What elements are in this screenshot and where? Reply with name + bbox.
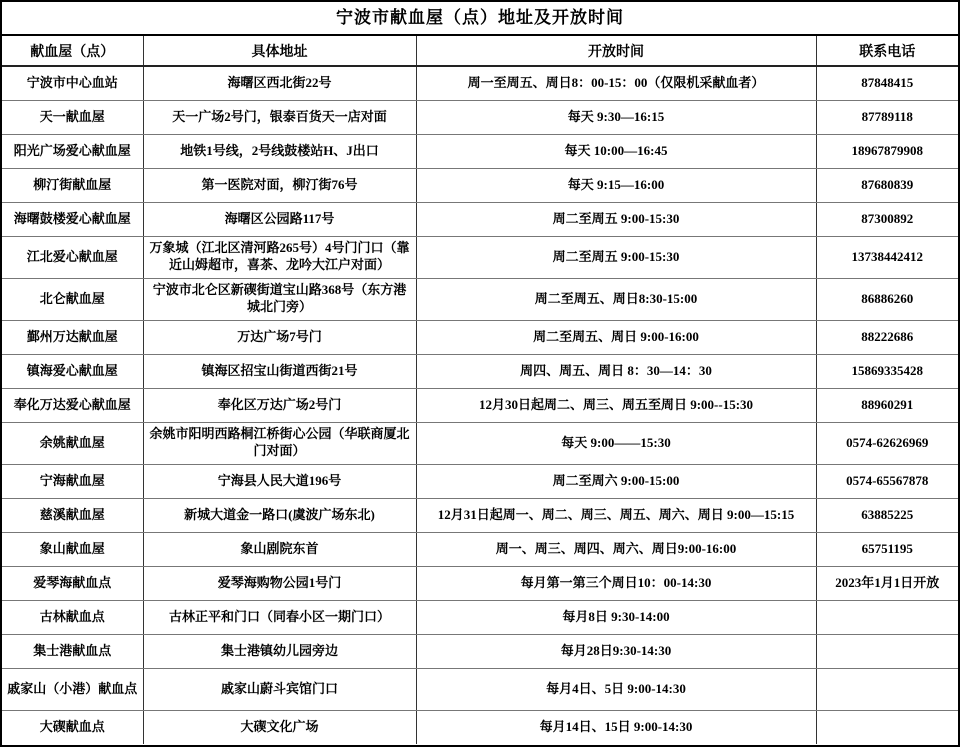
location-cell: 宁波市中心血站 [2, 66, 143, 100]
phone-cell: 63885225 [816, 498, 958, 532]
phone-cell: 87300892 [816, 202, 958, 236]
hours-cell: 每天 9:00——15:30 [416, 422, 816, 464]
location-cell: 阳光广场爱心献血屋 [2, 134, 143, 168]
hours-cell: 每月第一第三个周日10：00-14:30 [416, 566, 816, 600]
table-row: 北仑献血屋宁波市北仑区新碶街道宝山路368号（东方港城北门旁）周二至周五、周日8… [2, 278, 958, 320]
location-cell: 宁海献血屋 [2, 464, 143, 498]
location-cell: 慈溪献血屋 [2, 498, 143, 532]
phone-cell [816, 710, 958, 744]
phone-cell: 15869335428 [816, 354, 958, 388]
address-cell: 戚家山蔚斗宾馆门口 [143, 668, 416, 710]
table-row: 象山献血屋象山剧院东首周一、周三、周四、周六、周日9:00-16:0065751… [2, 532, 958, 566]
address-cell: 万达广场7号门 [143, 320, 416, 354]
hours-cell: 周二至周五 9:00-15:30 [416, 236, 816, 278]
phone-cell: 2023年1月1日开放 [816, 566, 958, 600]
hours-cell: 每月28日9:30-14:30 [416, 634, 816, 668]
hours-cell: 每月14日、15日 9:00-14:30 [416, 710, 816, 744]
address-cell: 集士港镇幼儿园旁边 [143, 634, 416, 668]
location-cell: 鄞州万达献血屋 [2, 320, 143, 354]
location-cell: 天一献血屋 [2, 100, 143, 134]
address-cell: 奉化区万达广场2号门 [143, 388, 416, 422]
location-cell: 集士港献血点 [2, 634, 143, 668]
address-cell: 古林正平和门口（同春小区一期门口） [143, 600, 416, 634]
address-cell: 天一广场2号门，银泰百货天一店对面 [143, 100, 416, 134]
address-cell: 第一医院对面，柳汀街76号 [143, 168, 416, 202]
location-cell: 余姚献血屋 [2, 422, 143, 464]
hours-cell: 周二至周五、周日 9:00-16:00 [416, 320, 816, 354]
hours-cell: 每天 10:00—16:45 [416, 134, 816, 168]
hours-cell: 每天 9:15—16:00 [416, 168, 816, 202]
location-cell: 戚家山（小港）献血点 [2, 668, 143, 710]
table-row: 大碶献血点大碶文化广场每月14日、15日 9:00-14:30 [2, 710, 958, 744]
hours-cell: 周二至周五 9:00-15:30 [416, 202, 816, 236]
phone-cell: 86886260 [816, 278, 958, 320]
location-cell: 爱琴海献血点 [2, 566, 143, 600]
table-row: 阳光广场爱心献血屋地铁1号线，2号线鼓楼站H、J出口每天 10:00—16:45… [2, 134, 958, 168]
address-cell: 新城大道金一路口(虞波广场东北) [143, 498, 416, 532]
hours-cell: 12月31日起周一、周二、周三、周五、周六、周日 9:00—15:15 [416, 498, 816, 532]
phone-cell: 13738442412 [816, 236, 958, 278]
col-header-address: 具体地址 [143, 36, 416, 66]
address-cell: 余姚市阳明西路桐江桥街心公园（华联商厦北门对面） [143, 422, 416, 464]
phone-cell: 88222686 [816, 320, 958, 354]
table-row: 鄞州万达献血屋万达广场7号门周二至周五、周日 9:00-16:008822268… [2, 320, 958, 354]
hours-cell: 周一至周五、周日8：00-15：00（仅限机采献血者） [416, 66, 816, 100]
hours-cell: 周四、周五、周日 8：30—14：30 [416, 354, 816, 388]
table-row: 慈溪献血屋新城大道金一路口(虞波广场东北)12月31日起周一、周二、周三、周五、… [2, 498, 958, 532]
table-row: 余姚献血屋余姚市阳明西路桐江桥街心公园（华联商厦北门对面）每天 9:00——15… [2, 422, 958, 464]
location-cell: 海曙鼓楼爱心献血屋 [2, 202, 143, 236]
table-row: 集士港献血点集士港镇幼儿园旁边每月28日9:30-14:30 [2, 634, 958, 668]
address-cell: 地铁1号线，2号线鼓楼站H、J出口 [143, 134, 416, 168]
phone-cell: 88960291 [816, 388, 958, 422]
location-cell: 奉化万达爱心献血屋 [2, 388, 143, 422]
table-row: 爱琴海献血点爱琴海购物公园1号门每月第一第三个周日10：00-14:302023… [2, 566, 958, 600]
table-row: 戚家山（小港）献血点戚家山蔚斗宾馆门口每月4日、5日 9:00-14:30 [2, 668, 958, 710]
address-cell: 爱琴海购物公园1号门 [143, 566, 416, 600]
address-cell: 海曙区西北街22号 [143, 66, 416, 100]
col-header-hours: 开放时间 [416, 36, 816, 66]
header-row: 献血屋（点） 具体地址 开放时间 联系电话 [2, 36, 958, 66]
col-header-location: 献血屋（点） [2, 36, 143, 66]
hours-cell: 每月8日 9:30-14:00 [416, 600, 816, 634]
phone-cell [816, 634, 958, 668]
donation-locations-table: 献血屋（点） 具体地址 开放时间 联系电话 宁波市中心血站海曙区西北街22号周一… [2, 36, 958, 744]
phone-cell: 87789118 [816, 100, 958, 134]
location-cell: 镇海爱心献血屋 [2, 354, 143, 388]
table-row: 古林献血点古林正平和门口（同春小区一期门口）每月8日 9:30-14:00 [2, 600, 958, 634]
phone-cell: 18967879908 [816, 134, 958, 168]
location-cell: 柳汀街献血屋 [2, 168, 143, 202]
location-cell: 大碶献血点 [2, 710, 143, 744]
location-cell: 北仑献血屋 [2, 278, 143, 320]
table-row: 镇海爱心献血屋镇海区招宝山街道西街21号周四、周五、周日 8：30—14：301… [2, 354, 958, 388]
phone-cell [816, 600, 958, 634]
table-row: 奉化万达爱心献血屋奉化区万达广场2号门12月30日起周二、周三、周五至周日 9:… [2, 388, 958, 422]
phone-cell [816, 668, 958, 710]
table-row: 海曙鼓楼爱心献血屋海曙区公园路117号周二至周五 9:00-15:3087300… [2, 202, 958, 236]
phone-cell: 87680839 [816, 168, 958, 202]
phone-cell: 87848415 [816, 66, 958, 100]
phone-cell: 0574-65567878 [816, 464, 958, 498]
hours-cell: 每月4日、5日 9:00-14:30 [416, 668, 816, 710]
location-cell: 古林献血点 [2, 600, 143, 634]
hours-cell: 周一、周三、周四、周六、周日9:00-16:00 [416, 532, 816, 566]
address-cell: 宁波市北仑区新碶街道宝山路368号（东方港城北门旁） [143, 278, 416, 320]
address-cell: 海曙区公园路117号 [143, 202, 416, 236]
page-title: 宁波市献血屋（点）地址及开放时间 [2, 2, 958, 36]
table-row: 柳汀街献血屋第一医院对面，柳汀街76号每天 9:15—16:0087680839 [2, 168, 958, 202]
donation-locations-sheet: 宁波市献血屋（点）地址及开放时间 献血屋（点） 具体地址 开放时间 联系电话 宁… [0, 0, 960, 747]
hours-cell: 12月30日起周二、周三、周五至周日 9:00--15:30 [416, 388, 816, 422]
table-row: 宁波市中心血站海曙区西北街22号周一至周五、周日8：00-15：00（仅限机采献… [2, 66, 958, 100]
address-cell: 大碶文化广场 [143, 710, 416, 744]
address-cell: 镇海区招宝山街道西街21号 [143, 354, 416, 388]
phone-cell: 65751195 [816, 532, 958, 566]
phone-cell: 0574-62626969 [816, 422, 958, 464]
hours-cell: 每天 9:30—16:15 [416, 100, 816, 134]
hours-cell: 周二至周六 9:00-15:00 [416, 464, 816, 498]
location-cell: 江北爱心献血屋 [2, 236, 143, 278]
table-row: 宁海献血屋宁海县人民大道196号周二至周六 9:00-15:000574-655… [2, 464, 958, 498]
address-cell: 宁海县人民大道196号 [143, 464, 416, 498]
address-cell: 象山剧院东首 [143, 532, 416, 566]
table-row: 天一献血屋天一广场2号门，银泰百货天一店对面每天 9:30—16:1587789… [2, 100, 958, 134]
col-header-phone: 联系电话 [816, 36, 958, 66]
hours-cell: 周二至周五、周日8:30-15:00 [416, 278, 816, 320]
location-cell: 象山献血屋 [2, 532, 143, 566]
address-cell: 万象城（江北区清河路265号）4号门门口（靠近山姆超市，喜茶、龙吟大江户对面） [143, 236, 416, 278]
table-row: 江北爱心献血屋万象城（江北区清河路265号）4号门门口（靠近山姆超市，喜茶、龙吟… [2, 236, 958, 278]
